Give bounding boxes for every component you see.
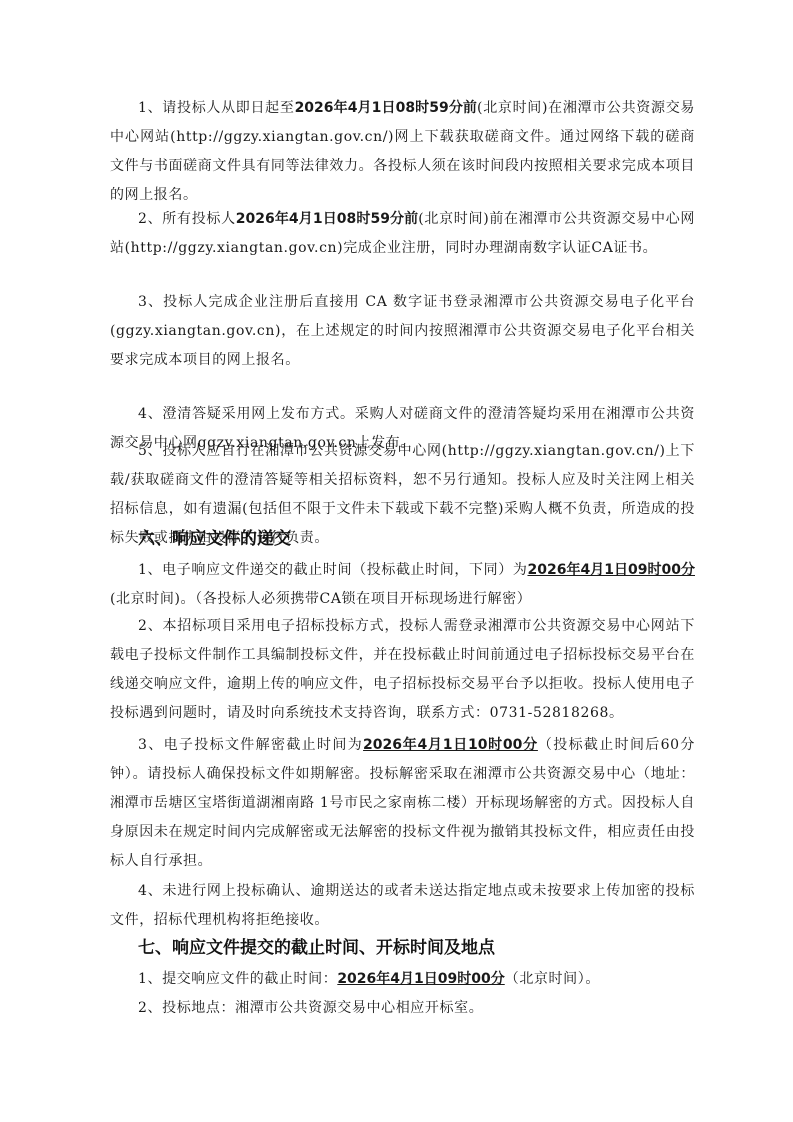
paragraph-final-deadline: 1、提交响应文件的截止时间：2026年4月1日09时00分（北京时间）。 [110, 965, 695, 994]
paragraph-rejection: 4、未进行网上投标确认、逾期送达的或者未送达指定地点或未按要求上传加密的投标文件… [110, 877, 695, 935]
paragraph-bid-location: 2、投标地点：湘潭市公共资源交易中心相应开标室。 [110, 994, 695, 1023]
paragraph-text: 3、电子投标文件解密截止时间为 [138, 737, 363, 753]
paragraph-electronic-bidding: 2、本招标项目采用电子招标投标方式，投标人需登录湘潭市公共资源交易中心网站下载电… [110, 612, 695, 728]
deadline-date: 2026年4月1日08时59分前 [295, 100, 477, 116]
paragraph-ca-login: 3、投标人完成企业注册后直接用 CA 数字证书登录湘潭市公共资源交易电子化平台(… [110, 288, 695, 375]
paragraph-text: （投标截止时间后60分钟）。请投标人确保投标文件如期解密。投标解密采取在湘潭市公… [110, 737, 695, 869]
paragraph-text: 1、请投标人从即日起至 [138, 100, 295, 116]
paragraph-submission-deadline: 1、电子响应文件递交的截止时间（投标截止时间，下同）为2026年4月1日09时0… [110, 556, 695, 614]
paragraph-text: (北京时间)。（各投标人必须携带CA锁在项目开标现场进行解密） [110, 591, 531, 607]
deadline-date: 2026年4月1日09时00分 [337, 971, 504, 987]
paragraph-text: 1、电子响应文件递交的截止时间（投标截止时间，下同）为 [138, 562, 527, 578]
paragraph-text: （北京时间）。 [505, 971, 600, 987]
deadline-date: 2026年4月1日08时59分前 [236, 211, 418, 227]
section-heading-deadline-location: 七、响应文件提交的截止时间、开标时间及地点 [138, 936, 495, 960]
paragraph-text: 1、提交响应文件的截止时间： [138, 971, 337, 987]
deadline-date: 2026年4月1日09时00分 [527, 562, 695, 578]
deadline-date: 2026年4月1日10时00分 [363, 737, 538, 753]
section-heading-submission: 六、响应文件的递交 [138, 527, 291, 551]
paragraph-registration: 2、所有投标人2026年4月1日08时59分前(北京时间)前在湘潭市公共资源交易… [110, 205, 695, 263]
paragraph-download-docs: 1、请投标人从即日起至2026年4月1日08时59分前(北京时间)在湘潭市公共资… [110, 94, 695, 210]
paragraph-text: 2、所有投标人 [138, 211, 236, 227]
paragraph-decryption: 3、电子投标文件解密截止时间为2026年4月1日10时00分（投标截止时间后60… [110, 731, 695, 876]
